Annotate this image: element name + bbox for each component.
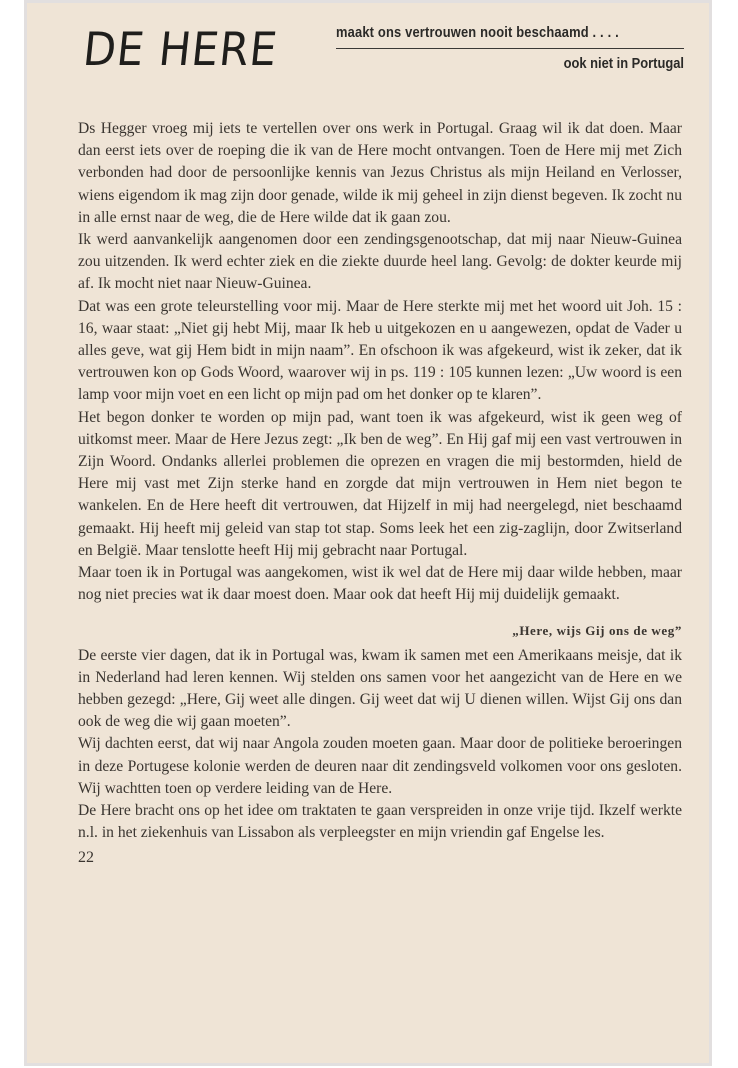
paragraph: Maar toen ik in Portugal was aangekomen,…	[78, 562, 682, 606]
subtitle-line-1: maakt ons vertrouwen nooit beschaamd . .…	[336, 24, 635, 41]
page-number: 22	[78, 847, 682, 869]
paragraph: Dat was een grote teleurstelling voor mi…	[78, 296, 682, 407]
paragraph: Ds Hegger vroeg mij iets te vertellen ov…	[78, 118, 682, 229]
subtitle-line-2: ook niet in Portugal	[385, 55, 684, 72]
section-heading: „Here, wijs Gij ons de weg”	[78, 620, 682, 642]
paragraph: Ik werd aanvankelijk aangenomen door een…	[78, 229, 682, 296]
paragraph: De eerste vier dagen, dat ik in Portugal…	[78, 645, 682, 734]
page-heading: DE HERE	[81, 26, 280, 72]
paragraph: De Here bracht ons op het idee om trakta…	[78, 800, 682, 844]
paragraph: Het begon donker te worden op mijn pad, …	[78, 407, 682, 562]
subtitle-divider	[336, 48, 684, 49]
scanned-page: DE HERE maakt ons vertrouwen nooit besch…	[24, 0, 712, 1066]
article-body: Ds Hegger vroeg mij iets te vertellen ov…	[78, 118, 682, 869]
paragraph: Wij dachten eerst, dat wij naar Angola z…	[78, 733, 682, 800]
subtitle-block: maakt ons vertrouwen nooit beschaamd . .…	[336, 24, 684, 72]
